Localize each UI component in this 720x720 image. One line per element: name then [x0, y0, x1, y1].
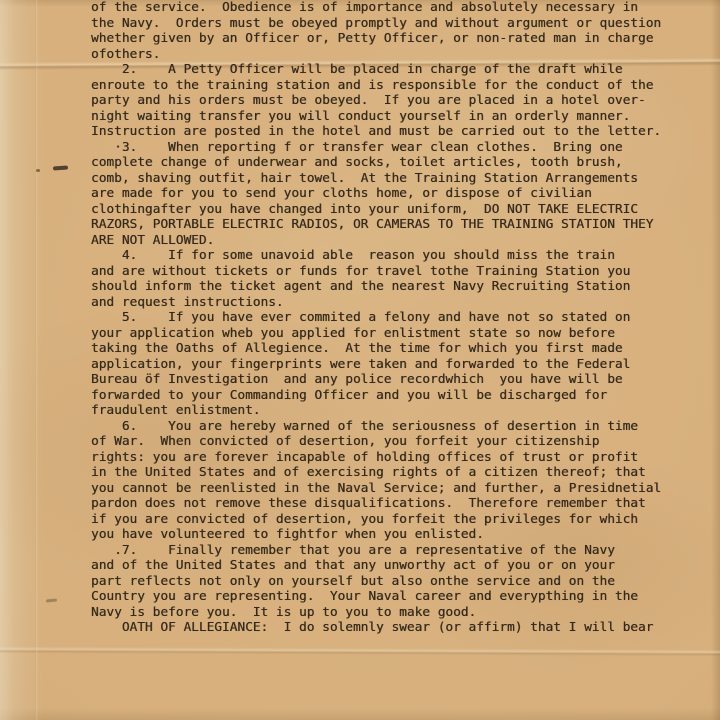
paragraph-2: 2. A Petty Officer will be placed in cha…	[91, 62, 691, 140]
fold-crease-vertical	[35, 0, 38, 720]
margin-ink-dot	[36, 169, 40, 172]
paragraph-3: ·3. When reporting f or transfer wear cl…	[91, 140, 691, 249]
paragraph-continuation: of the service. Obedience is of importan…	[91, 0, 691, 62]
paragraph-4: 4. If for some unavoid able reason you s…	[91, 248, 691, 310]
oath-of-allegiance-line: OATH OF ALLEGIANCE: I do solemnly swear …	[91, 620, 691, 636]
paragraph-6: 6. You are hereby warned of the seriousn…	[91, 419, 691, 543]
typewritten-text: of the service. Obedience is of importan…	[91, 0, 691, 636]
paragraph-5: 5. If you have ever commited a felony an…	[91, 310, 691, 419]
paragraph-7: .7. Finally remember that you are a repr…	[91, 543, 691, 621]
margin-faint-tick	[46, 598, 57, 602]
margin-pencil-dash	[53, 165, 68, 170]
fold-crease-bottom	[0, 646, 720, 656]
document-page: of the service. Obedience is of importan…	[0, 0, 720, 720]
